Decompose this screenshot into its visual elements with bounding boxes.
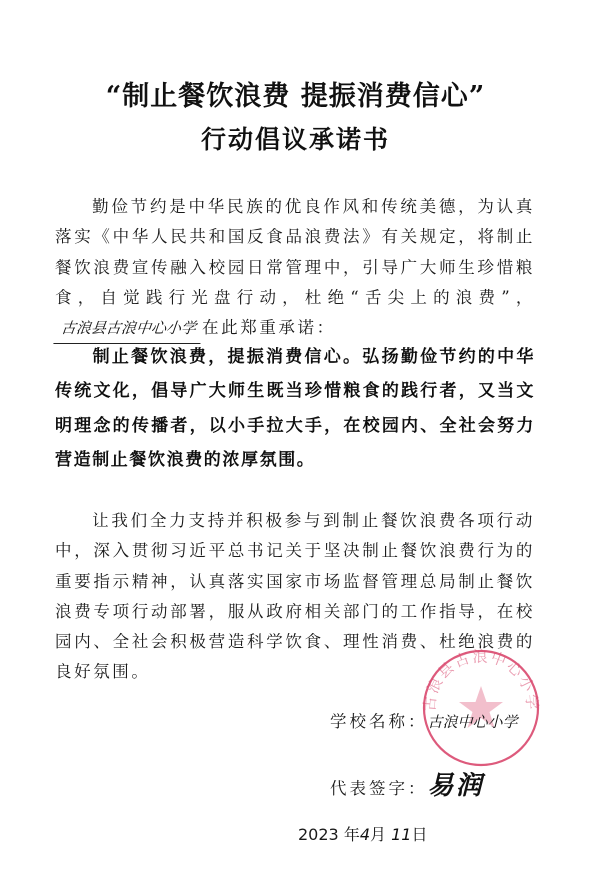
- date-month-unit: 月: [370, 825, 386, 844]
- date-day-unit: 日: [411, 825, 427, 844]
- school-name-row: 学校名称：古浪中心小学: [330, 708, 518, 732]
- school-name-label: 学校名称：: [330, 712, 428, 731]
- paragraph-pledge-text: 制止餐饮浪费，提振消费信心。弘扬勤俭节约的中华传统文化，倡导广大师生既当珍惜粮食…: [55, 347, 535, 470]
- paragraph-pledge: 制止餐饮浪费，提振消费信心。弘扬勤俭节约的中华传统文化，倡导广大师生既当珍惜粮食…: [55, 340, 535, 477]
- date-day: 11: [391, 825, 411, 844]
- paragraph-intro-text: 勤俭节约是中华民族的优良作风和传统美德，为认真落实《中华人民共和国反食品浪费法》…: [55, 197, 535, 307]
- school-name-handwritten: 古浪中心小学: [428, 713, 518, 731]
- paragraph-intro: 勤俭节约是中华民族的优良作风和传统美德，为认真落实《中华人民共和国反食品浪费法》…: [55, 192, 535, 344]
- paragraph-intro-tail: 在此郑重承诺：: [202, 318, 336, 337]
- document-title: “制止餐饮浪费 提振消费信心”: [0, 74, 591, 113]
- representative-signature-row: 代表签字：易润: [330, 765, 484, 802]
- document-subtitle: 行动倡议承诺书: [0, 120, 591, 156]
- document-date: 2023 年4月 11日: [298, 822, 428, 845]
- representative-signature: 易润: [428, 771, 484, 801]
- date-year-unit: 年: [344, 825, 360, 844]
- date-year: 2023: [298, 825, 339, 844]
- representative-signature-label: 代表签字：: [330, 779, 428, 798]
- date-month: 4: [360, 825, 370, 844]
